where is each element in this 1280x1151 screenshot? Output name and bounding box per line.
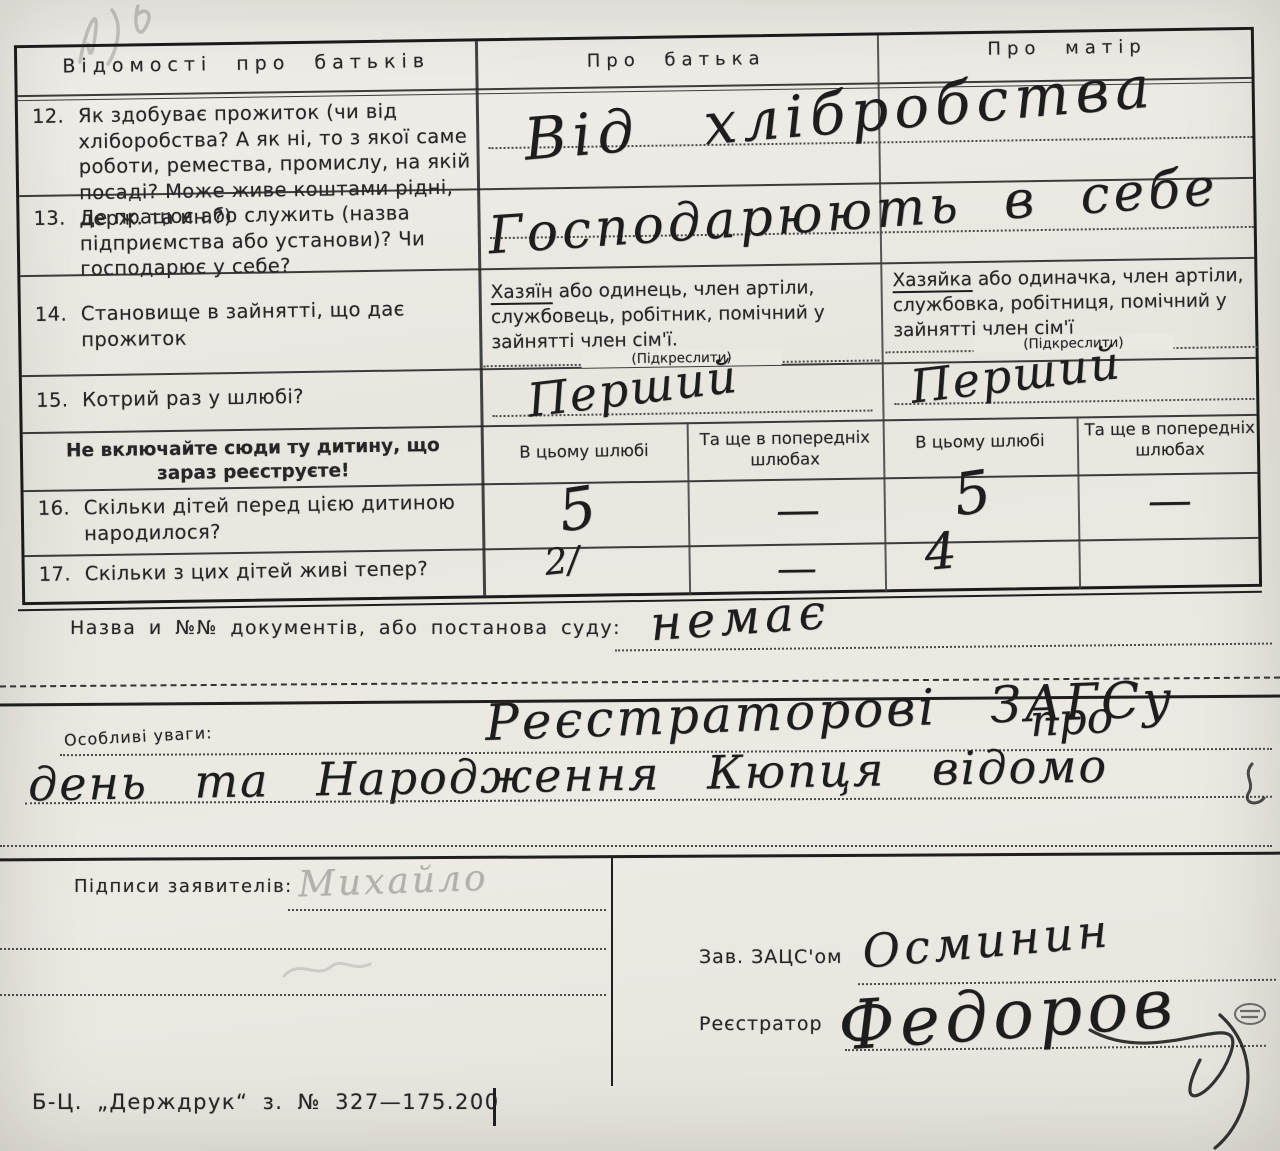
- father-occupation-options: Хазяїн або одинець, член артіли, службов…: [490, 275, 875, 356]
- handwritten-answer-q12: Від хлібробства: [522, 57, 1158, 168]
- question-15: 15. Котрий раз у шлюбі?: [36, 381, 484, 413]
- question-text: Де працює або служить (назва підприємств…: [33, 199, 482, 283]
- signature-line: [0, 948, 606, 950]
- question-14: 14. Становище в зайнятті, що дає прожито…: [35, 295, 484, 353]
- q16-mother-this-marriage: 5: [949, 462, 994, 525]
- underlined-option: Хазяйка: [892, 269, 972, 293]
- subcol-prev-marriages-father: Та ще в попередніх шлюбах: [691, 427, 880, 471]
- ink-stroke-mark: [493, 1088, 496, 1126]
- q17-father-this-marriage: 2/: [543, 542, 582, 581]
- q16-father-prev-marriages: —: [776, 488, 821, 533]
- question-number: 15.: [36, 387, 69, 413]
- question-text: Скільки з цих дітей живі тепер?: [39, 555, 487, 587]
- q17-mother-this-marriage: 4: [922, 525, 958, 578]
- column-header-parents: Відомості про батьків: [17, 49, 475, 78]
- q16-father-this-marriage: 5: [555, 477, 600, 540]
- column-header-mother: Про матір: [877, 35, 1257, 62]
- underlined-option: Хазяїн: [490, 281, 553, 305]
- exclude-note: Не включайте сюди ту дитину, що зараз ре…: [63, 434, 444, 488]
- subcol-this-marriage-father: В цьому шлюбі: [485, 440, 683, 464]
- mother-occupation-options: Хазяйка або одиначка, член артіли, служб…: [892, 264, 1255, 344]
- question-text: Становище в зайнятті, що дає прожиток: [35, 295, 484, 353]
- stamp-mark-icon: [1232, 1000, 1272, 1030]
- registrar-label: Реєстратор: [699, 1013, 823, 1035]
- scanned-birth-registration-form: Відомості про батьків Про батька Про мат…: [0, 0, 1280, 1151]
- handwritten-notes-line1b: про: [1029, 696, 1114, 744]
- handwritten-applicant-signature: Михайло: [297, 861, 489, 904]
- signature-line: [0, 994, 606, 996]
- signature-line: [288, 909, 606, 911]
- zags-head-label: Зав. ЗАЦС'ом: [699, 946, 842, 968]
- parents-info-table: Відомості про батьків Про батька Про мат…: [14, 27, 1262, 605]
- section-rule: [0, 852, 1280, 862]
- special-notes-label: Особливі уваги:: [64, 723, 213, 750]
- applicants-signatures-label: Підписи заявителів:: [74, 876, 293, 897]
- question-text: Котрий раз у шлюбі?: [36, 381, 484, 413]
- handwritten-answer-q13: Господарюють в себе: [487, 161, 1221, 262]
- print-code: Б-Ц. „Держдрук“ з. № 327—175.200: [32, 1090, 500, 1114]
- handwritten-zags-head-signature: Осминин: [860, 907, 1113, 975]
- q17-father-prev-marriages: —: [776, 548, 817, 589]
- documents-label: Назва и №№ документів, або постанова суд…: [70, 617, 621, 639]
- column-header-father: Про батька: [475, 46, 877, 73]
- q16-mother-prev-marriages: —: [1147, 479, 1192, 524]
- ink-squiggle-icon: [1238, 760, 1274, 810]
- question-13: 13. Де працює або служить (назва підприє…: [33, 199, 482, 283]
- question-number: 13.: [33, 205, 66, 231]
- question-text: Скільки дітей перед цією дитиною народил…: [38, 489, 487, 547]
- signatures-vertical-divider: [611, 858, 613, 1086]
- question-number: 16.: [38, 495, 71, 521]
- handwritten-documents-value: немає: [649, 588, 832, 648]
- question-number: 12.: [32, 103, 65, 129]
- subcol-prev-marriages-mother: Та ще в попередніх шлюбах: [1081, 418, 1260, 462]
- subcol-this-marriage-mother: В цьому шлюбі: [887, 431, 1073, 454]
- question-16: 16. Скільки дітей перед цією дитиною нар…: [38, 489, 487, 547]
- question-17: 17. Скільки з цих дітей живі тепер?: [39, 555, 487, 587]
- question-number: 17.: [39, 561, 72, 587]
- question-number: 14.: [35, 301, 68, 327]
- section-rule: [0, 845, 1272, 847]
- pencil-scribble-icon: [278, 952, 378, 986]
